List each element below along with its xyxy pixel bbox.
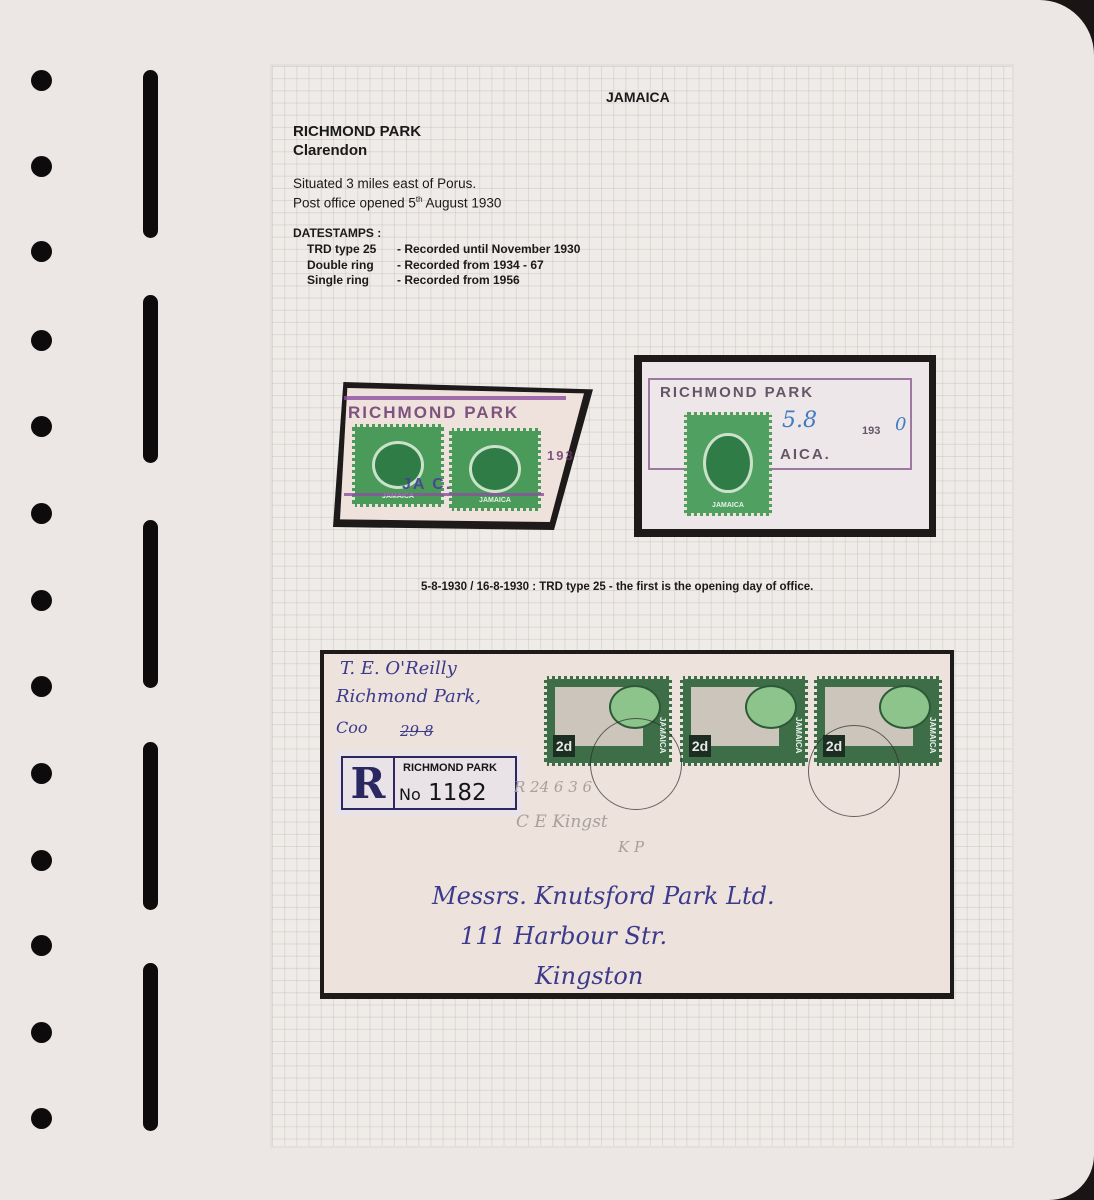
- stamp: JAMAICA: [684, 412, 772, 516]
- binder-hole: [31, 1108, 52, 1129]
- datestamp-row: Single ring- Recorded from 1956: [307, 273, 520, 287]
- datestamp-type: TRD type 25: [307, 242, 397, 256]
- cachet-rule: [344, 396, 566, 400]
- description-line-2: Post office opened 5th August 1930: [293, 192, 501, 212]
- binder-slot: [143, 742, 158, 910]
- registration-label: R RICHMOND PARK No 1182: [335, 750, 523, 816]
- datestamp-type: Double ring: [307, 258, 397, 272]
- binder-slot: [143, 70, 158, 238]
- manuscript-year: 0: [895, 414, 906, 435]
- stamp-value: 2d: [553, 735, 575, 757]
- stamp: 2d JAMAICA: [680, 676, 808, 766]
- binder-slot: [143, 963, 158, 1131]
- office-description: Situated 3 miles east of Porus. Post off…: [293, 176, 501, 212]
- binder-slot: [143, 520, 158, 688]
- description-text: Post office opened 5: [293, 196, 416, 211]
- king-portrait: [469, 445, 521, 493]
- items-caption: 5-8-1930 / 16-8-1930 : TRD type 25 - the…: [421, 581, 813, 593]
- binder-hole: [31, 330, 52, 351]
- cachet-rule: [344, 493, 544, 496]
- datestamps-heading: DATESTAMPS :: [293, 226, 381, 240]
- postmark: [808, 725, 900, 817]
- datestamp-note: - Recorded from 1934 - 67: [397, 258, 544, 272]
- stamp-label: JAMAICA: [687, 502, 769, 509]
- sender-line: Richmond Park,: [336, 686, 481, 707]
- registration-number: No 1182: [399, 780, 487, 806]
- binder-hole: [31, 850, 52, 871]
- datestamp-type: Single ring: [307, 273, 397, 287]
- binder-hole: [31, 156, 52, 177]
- address-line: Messrs. Knutsford Park Ltd.: [432, 882, 775, 910]
- cachet-text: JA C.: [402, 476, 452, 494]
- binder-hole: [31, 676, 52, 697]
- registration-office: RICHMOND PARK: [403, 762, 497, 774]
- sender-struck: 29 8: [400, 722, 433, 740]
- stamp: JAMAICA: [449, 428, 541, 511]
- binder-hole: [31, 241, 52, 262]
- cachet-text: RICHMOND PARK: [660, 384, 814, 401]
- binder-hole: [31, 590, 52, 611]
- cachet-year: 193: [862, 425, 880, 437]
- stamp-label: JAMAICA: [928, 717, 937, 753]
- postmark: [590, 718, 682, 810]
- stamp-label: JAMAICA: [452, 497, 538, 504]
- king-portrait: [703, 433, 752, 494]
- datestamp-row: TRD type 25- Recorded until November 193…: [307, 242, 580, 256]
- cachet-date: 193: [547, 448, 575, 463]
- datestamp-note: - Recorded until November 1930: [397, 242, 580, 256]
- binder-hole: [31, 1022, 52, 1043]
- binder-slot: [143, 295, 158, 463]
- number-prefix: No: [399, 785, 421, 804]
- ordinal-suffix: th: [416, 195, 423, 204]
- pencil-note: R 24 6 3 6: [514, 778, 592, 796]
- address-line: Kingston: [535, 962, 643, 990]
- registration-frame: R RICHMOND PARK No 1182: [341, 756, 517, 810]
- pencil-note: C E Kingst: [516, 812, 608, 832]
- stamp-value: 2d: [689, 735, 711, 757]
- cachet-text: RICHMOND PARK: [348, 403, 519, 423]
- datestamp-note: - Recorded from 1956: [397, 273, 520, 287]
- datestamp-row: Double ring- Recorded from 1934 - 67: [307, 258, 544, 272]
- king-portrait: [879, 685, 931, 729]
- binder-hole: [31, 416, 52, 437]
- album-page: JAMAICA RICHMOND PARK Clarendon Situated…: [0, 0, 1094, 1200]
- office-name: RICHMOND PARK: [293, 122, 421, 141]
- parish-name: Clarendon: [293, 141, 421, 160]
- manuscript-date: 5.8: [782, 408, 817, 433]
- cachet-text: AICA.: [780, 446, 831, 463]
- registration-letter: R: [343, 758, 395, 808]
- pencil-note: K P: [618, 838, 644, 856]
- description-text: August 1930: [423, 196, 502, 211]
- stamp-label: JAMAICA: [794, 717, 803, 753]
- number-value: 1182: [428, 780, 487, 806]
- binder-hole: [31, 503, 52, 524]
- country-heading: JAMAICA: [606, 89, 670, 105]
- binder-hole: [31, 70, 52, 91]
- binder-hole: [31, 763, 52, 784]
- address-line: 111 Harbour Str.: [460, 922, 667, 950]
- sender-line: Coo: [336, 718, 368, 737]
- binder-hole: [31, 935, 52, 956]
- description-line-1: Situated 3 miles east of Porus.: [293, 176, 501, 192]
- sender-line: T. E. O'Reilly: [340, 658, 457, 679]
- office-title: RICHMOND PARK Clarendon: [293, 122, 421, 160]
- king-portrait: [745, 685, 797, 729]
